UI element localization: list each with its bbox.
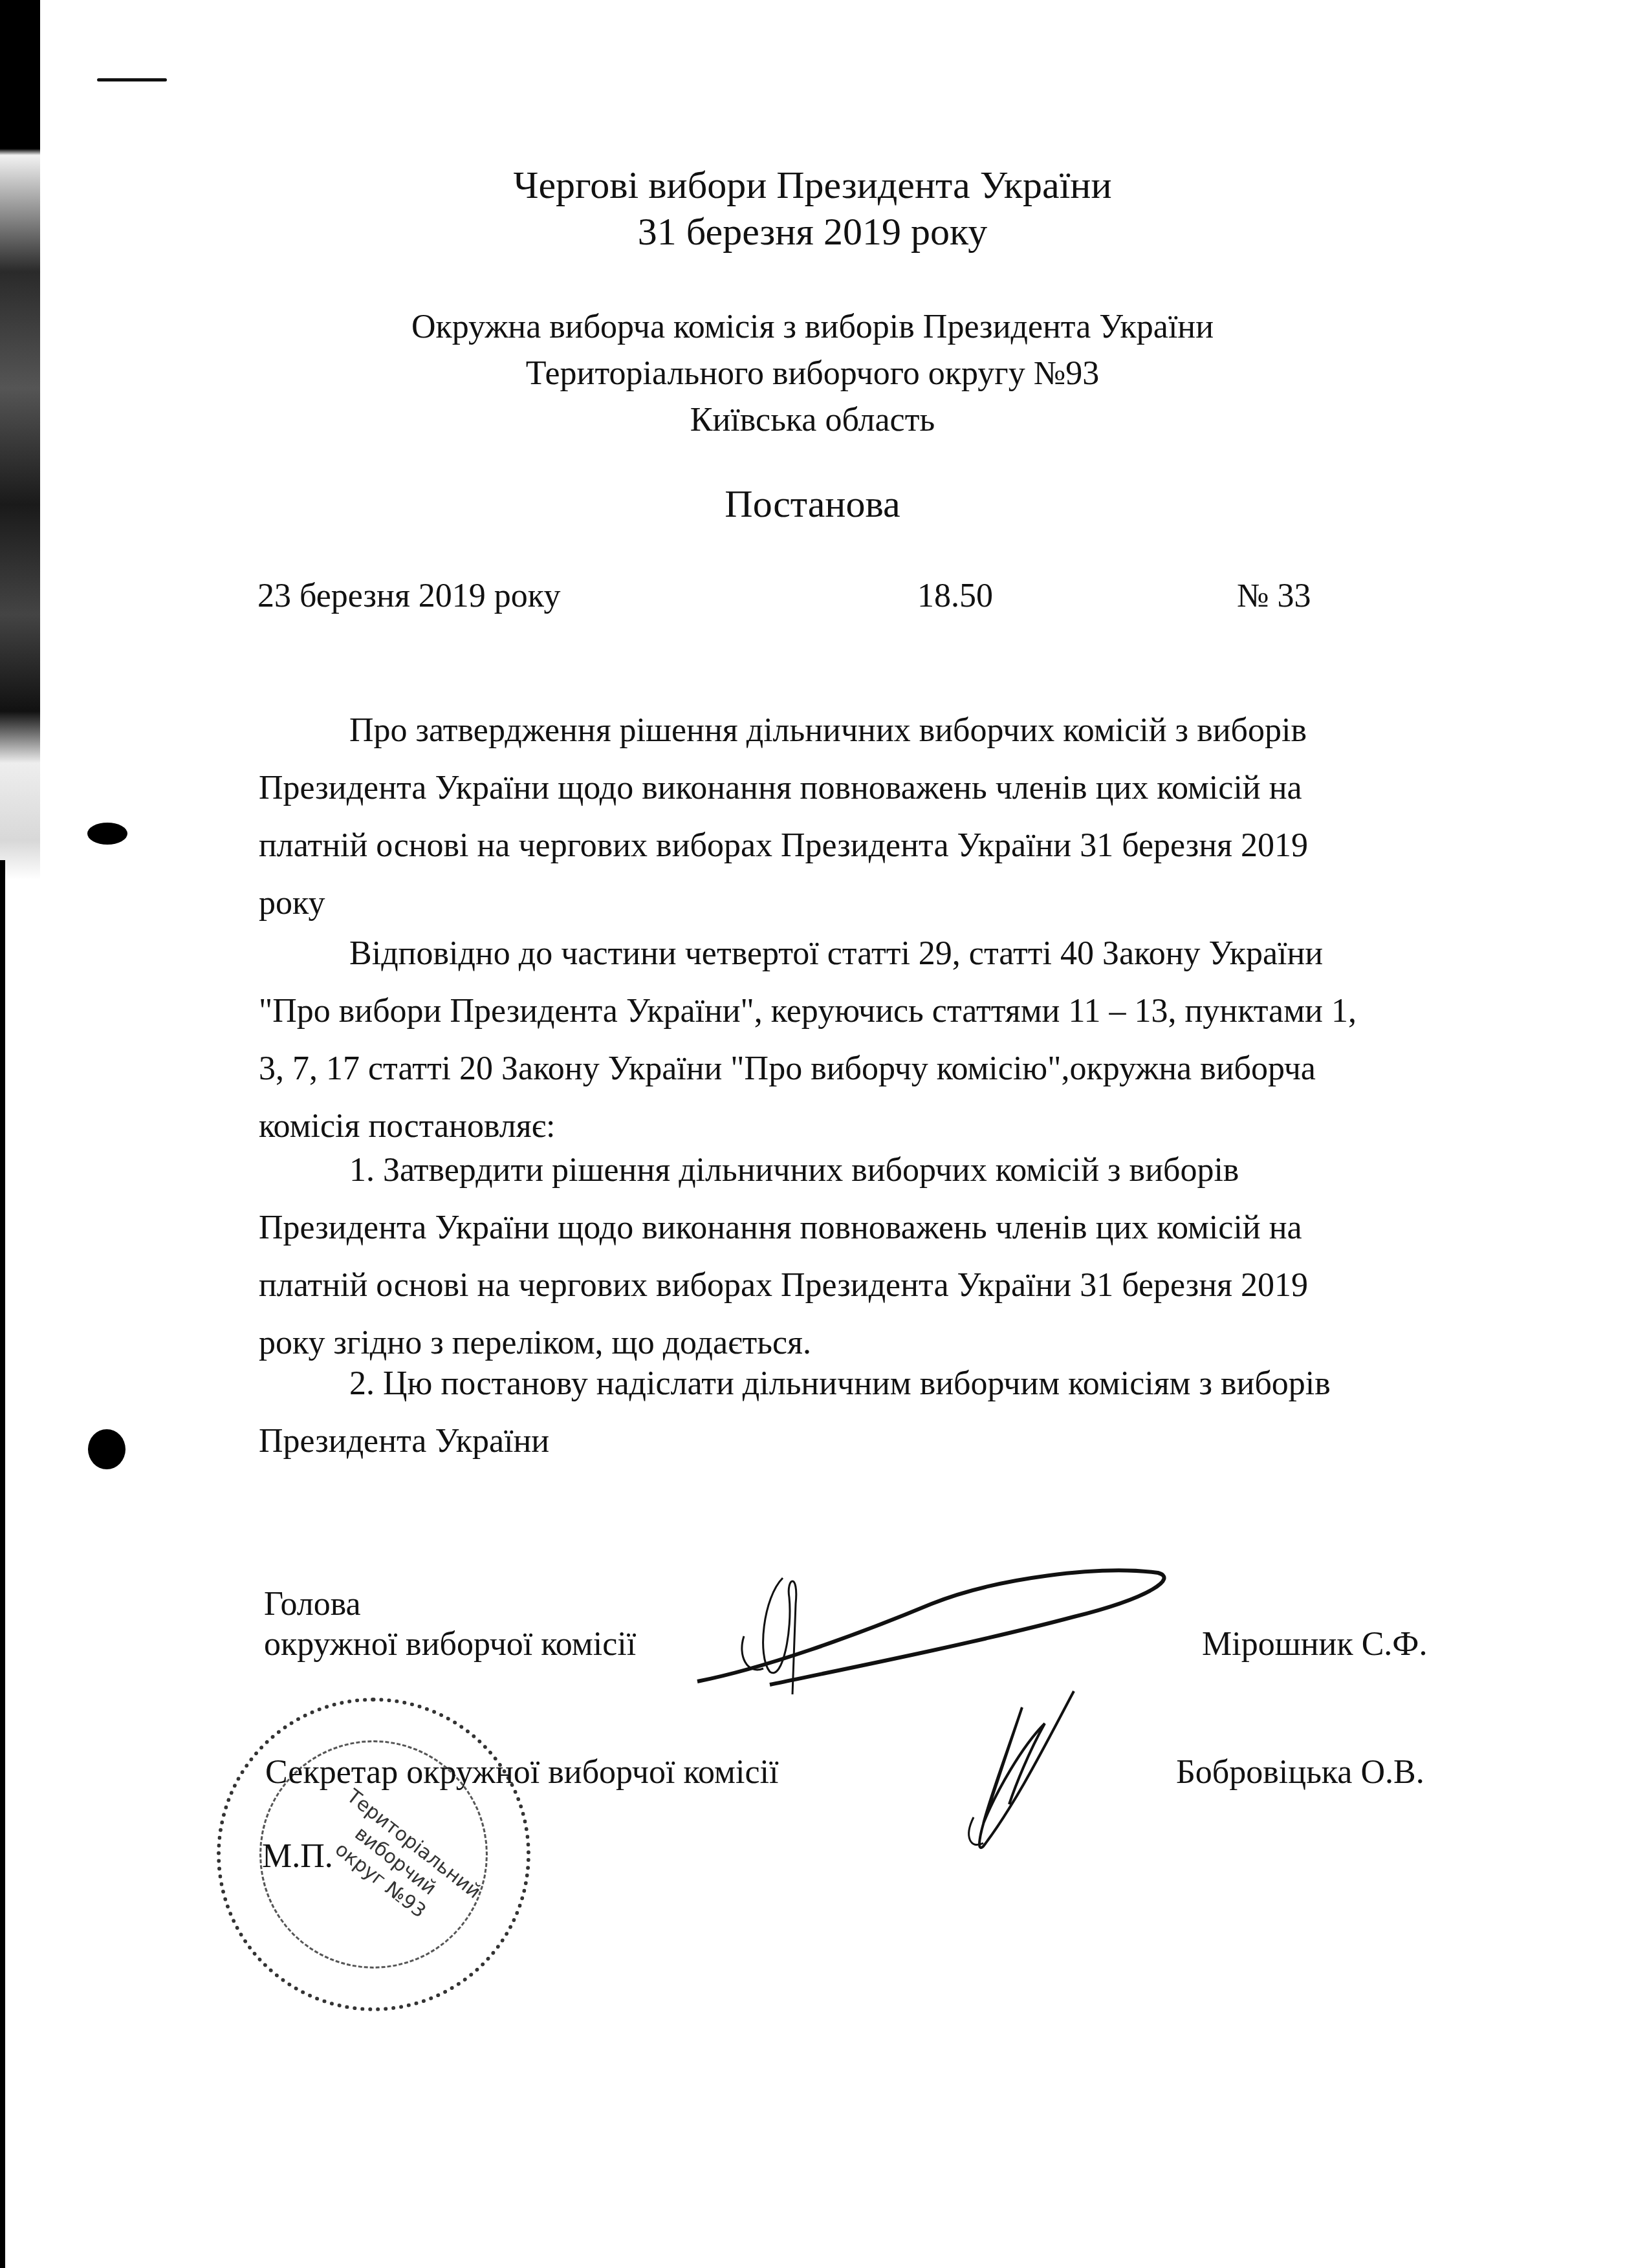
election-title-line: Чергові вибори Президента України [0, 162, 1625, 208]
chair-title-line: окружної виборчої комісії [264, 1625, 636, 1665]
text-line: Президента України щодо виконання повнов… [259, 759, 1468, 817]
text-line: Про затвердження рішення дільничних вибо… [259, 702, 1468, 759]
text-line: "Про вибори Президента України", керуючи… [259, 982, 1468, 1040]
chair-title-line: Голова [264, 1584, 636, 1625]
text-line: платній основі на чергових виборах Прези… [259, 1257, 1468, 1314]
seal-placeholder-mark: М.П. [262, 1837, 333, 1877]
election-date-line: 31 березня 2019 року [0, 208, 1625, 255]
secretary-name: Бобровіцька О.В. [1176, 1753, 1424, 1793]
text-line: 1. Затвердити рішення дільничних виборчи… [259, 1141, 1468, 1199]
resolution-item-2: 2. Цю постанову надіслати дільничним виб… [259, 1355, 1468, 1470]
election-title: Чергові вибори Президента України 31 бер… [0, 162, 1625, 255]
text-line: Відповідно до частини четвертої статті 2… [259, 925, 1468, 982]
document-time: 18.50 [917, 577, 993, 615]
resolution-item-1: 1. Затвердити рішення дільничних виборчи… [259, 1141, 1468, 1372]
commission-name: Окружна виборча комісія з виборів Презид… [0, 304, 1625, 351]
document-number: № 33 [1237, 577, 1311, 615]
subject-paragraph: Про затвердження рішення дільничних вибо… [259, 702, 1468, 932]
punch-hole-mark [87, 823, 127, 845]
commission-header: Окружна виборча комісія з виборів Презид… [0, 304, 1625, 444]
text-line: платній основі на чергових виборах Прези… [259, 817, 1468, 874]
scan-edge-artifact [0, 860, 5, 2268]
text-line: року [259, 874, 1468, 932]
text-line: 3, 7, 17 статті 20 Закону України "Про в… [259, 1040, 1468, 1097]
chair-name: Мірошник С.Ф. [1202, 1625, 1427, 1665]
chair-signature [686, 1559, 1177, 1707]
secretary-title: Секретар окружної виборчої комісії [265, 1753, 778, 1793]
document-type: Постанова [0, 482, 1625, 526]
punch-hole-mark [88, 1429, 125, 1469]
scan-mark [97, 78, 167, 81]
region-name: Київська область [0, 397, 1625, 444]
chair-title: Голова окружної виборчої комісії [264, 1584, 636, 1665]
district-name: Територіального виборчого округу №93 [0, 351, 1625, 397]
preamble-paragraph: Відповідно до частини четвертої статті 2… [259, 925, 1468, 1155]
document-date: 23 березня 2019 року [257, 577, 560, 615]
text-line: 2. Цю постанову надіслати дільничним виб… [259, 1355, 1468, 1412]
secretary-signature [919, 1688, 1087, 1856]
text-line: Президента України щодо виконання повнов… [259, 1199, 1468, 1257]
text-line: Президента України [259, 1412, 1468, 1470]
